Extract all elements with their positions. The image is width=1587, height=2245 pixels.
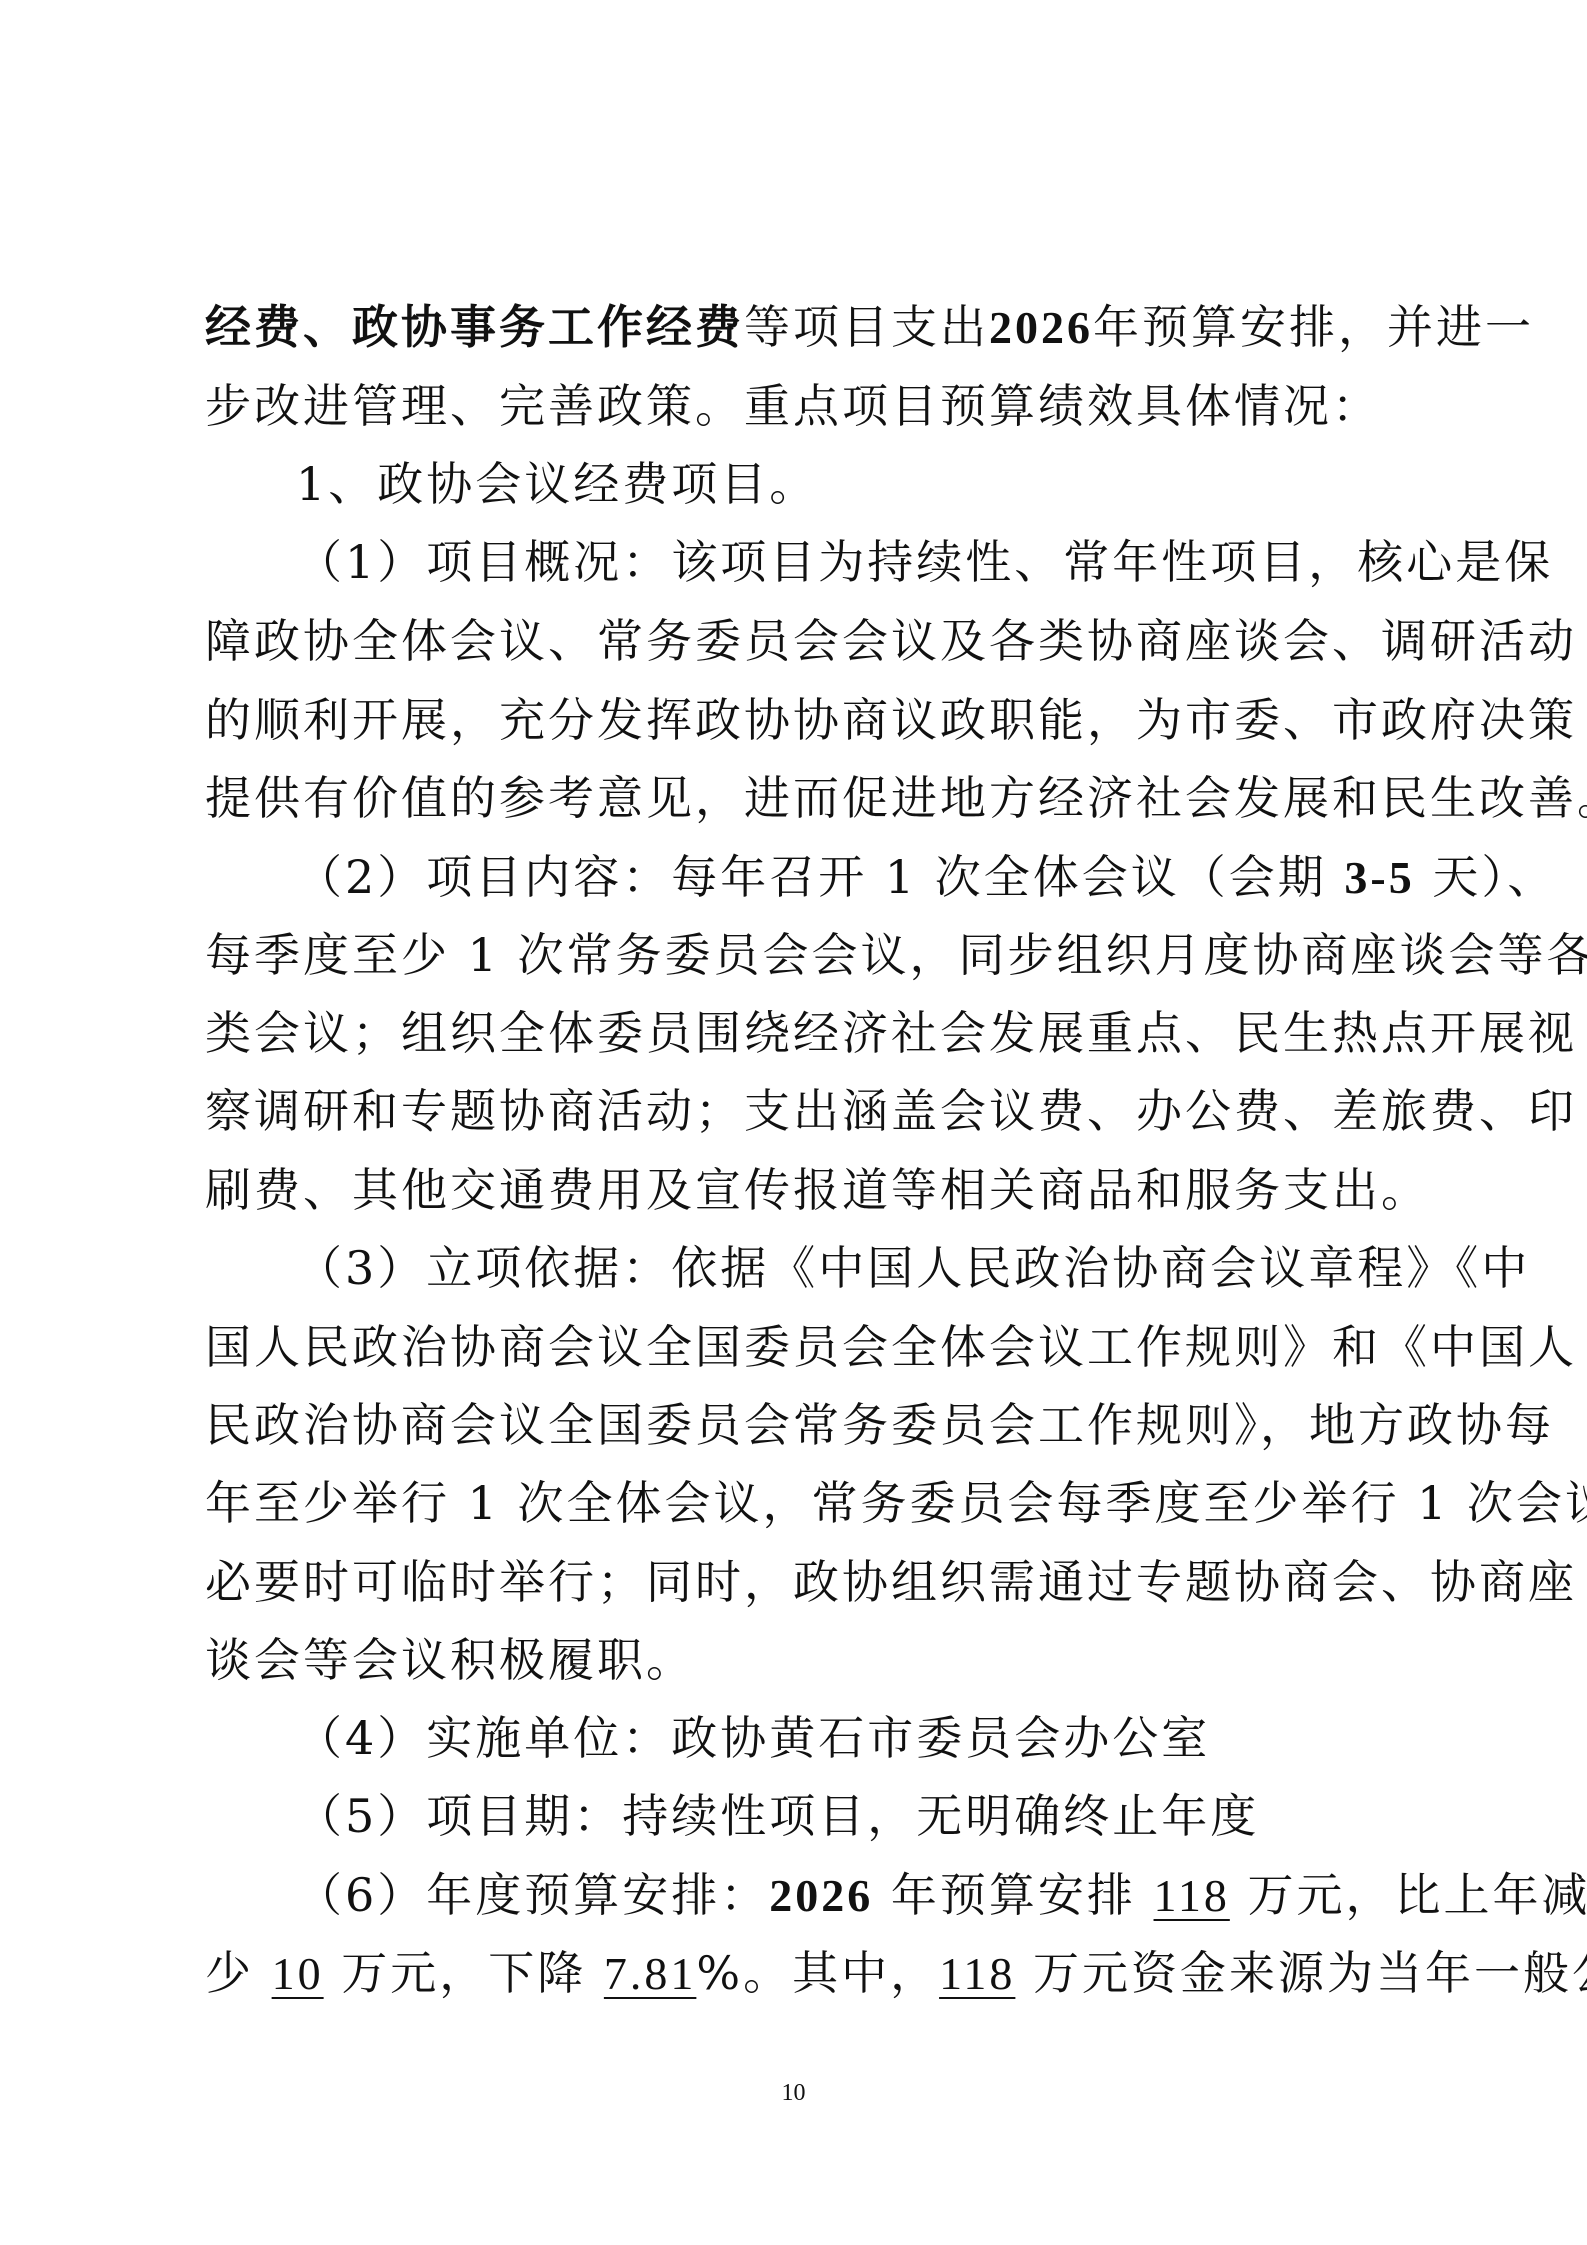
overview-line: 障政协全体会议、常务委员会会议及各类协商座谈会、调研活动 [205,611,1577,671]
budget-text: 万元，下降 [324,1946,604,2000]
budget-percent: 7.81 [604,1948,697,1999]
budget-decrease: 10 [272,1948,324,1999]
budget-text: 年预算安排 [873,1868,1153,1922]
content-text: （2）项目内容：每年召开 1 次全体会议（会期 [296,850,1344,904]
intro-line-2: 步改进管理、完善政策。重点项目预算绩效具体情况： [205,376,1381,436]
intro-line-1: 经费、政协事务工作经费等项目支出2026年预算安排，并进一 [205,297,1534,357]
project-period: （5）项目期：持续性项目，无明确终止年度 [296,1786,1259,1846]
intro-text: 等项目支出 [744,300,989,354]
budget-year: 2026 [769,1870,873,1921]
budget-label: （6）年度预算安排： [296,1868,769,1922]
budget-text: %。其中， [696,1946,939,2000]
content-line-1: （2）项目内容：每年召开 1 次全体会议（会期 3-5 天）、 [296,847,1556,907]
intro-bold-phrase: 经费、政协事务工作经费 [205,300,744,354]
session-days: 3-5 [1344,852,1414,903]
budget-line-2: 少 10 万元，下降 7.81%。其中，118 万元资金来源为当年一般公 [205,1943,1587,2003]
budget-text: 万元资金来源为当年一般公 [1015,1946,1587,2000]
content-line: 刷费、其他交通费用及宣传报道等相关商品和服务支出。 [205,1160,1430,1220]
basis-line: （3）立项依据：依据《中国人民政治协商会议章程》《中 [296,1238,1530,1298]
content-line: 察调研和专题协商活动；支出涵盖会议费、办公费、差旅费、印 [205,1081,1577,1141]
content-line: 每季度至少 1 次常务委员会会议，同步组织月度协商座谈会等各 [205,925,1587,985]
document-page: 经费、政协事务工作经费等项目支出2026年预算安排，并进一 步改进管理、完善政策… [0,0,1587,2245]
overview-line: 提供有价值的参考意见，进而促进地方经济社会发展和民生改善。 [205,768,1587,828]
budget-text: 万元，比上年减 [1230,1868,1587,1922]
budget-source-amount: 118 [939,1948,1015,1999]
page-number: 10 [0,2080,1587,2107]
overview-line: 的顺利开展，充分发挥政协协商议政职能，为市委、市政府决策 [205,690,1577,750]
basis-line: 年至少举行 1 次全体会议，常务委员会每季度至少举行 1 次会议， [205,1473,1587,1533]
basis-line: 谈会等会议积极履职。 [205,1630,695,1690]
intro-year: 2026 [989,302,1093,353]
basis-line: 民政治协商会议全国委员会常务委员会工作规则》，地方政协每 [205,1395,1554,1455]
budget-text: 少 [205,1946,272,2000]
budget-amount: 118 [1154,1870,1230,1921]
basis-line: 国人民政治协商会议全国委员会全体会议工作规则》和《中国人 [205,1317,1577,1377]
intro-text: 年预算安排，并进一 [1093,300,1534,354]
basis-line: 必要时可临时举行；同时，政协组织需通过专题协商会、协商座 [205,1552,1577,1612]
overview-line: （1）项目概况：该项目为持续性、常年性项目，核心是保 [296,532,1553,592]
budget-line-1: （6）年度预算安排：2026 年预算安排 118 万元，比上年减 [296,1865,1587,1925]
content-text: 天）、 [1415,850,1557,904]
content-line: 类会议；组织全体委员围绕经济社会发展重点、民生热点开展视 [205,1003,1577,1063]
implementing-unit: （4）实施单位：政协黄石市委员会办公室 [296,1708,1210,1768]
project-title: 1、政协会议经费项目。 [296,454,818,514]
